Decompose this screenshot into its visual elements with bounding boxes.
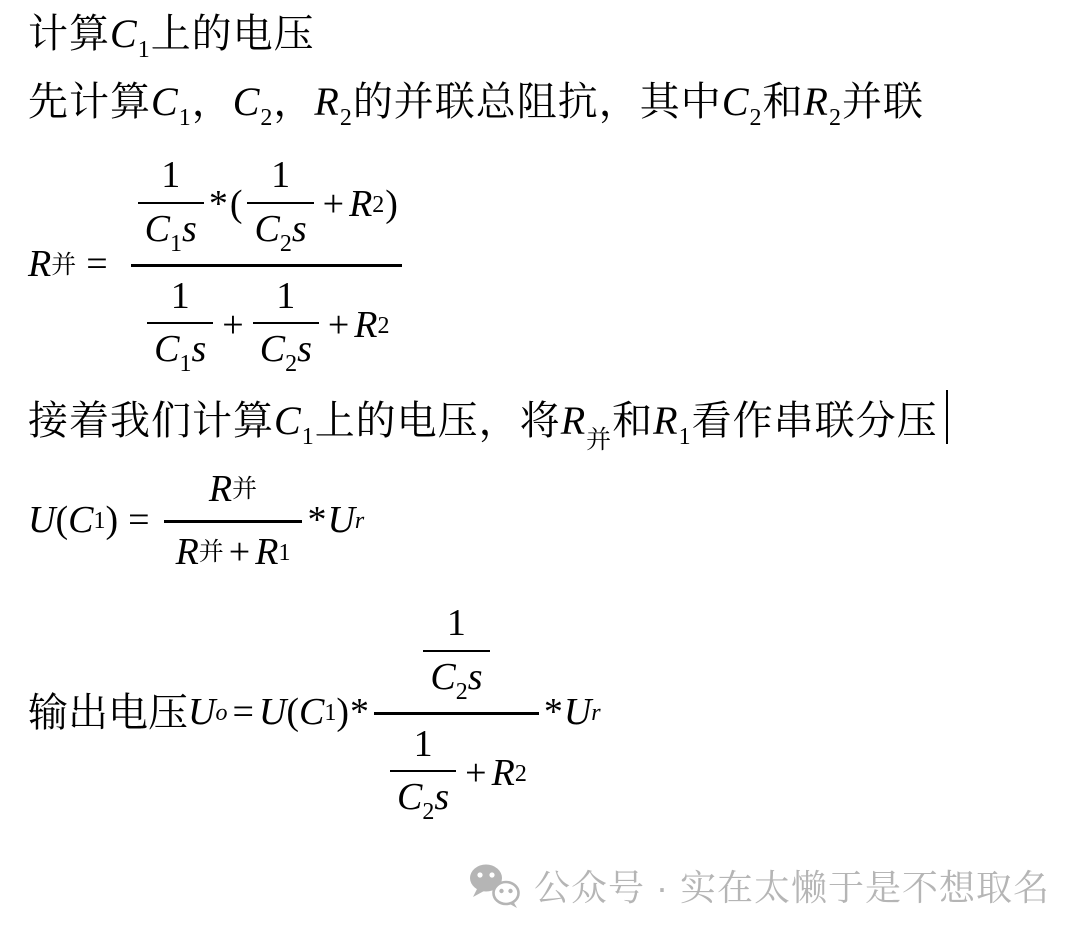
paragraph-line1: 计算C1上的电压: [28, 10, 315, 62]
multiply-sign: *: [209, 183, 228, 227]
var-R: R: [28, 243, 51, 287]
var-Uo: Uo: [188, 691, 227, 735]
subscript-parallel: 并: [51, 253, 76, 278]
fraction-numerator: 1: [440, 602, 473, 650]
multiply-sign: *: [544, 691, 563, 735]
text-run: 接着我们计算: [28, 398, 274, 443]
formula-r-parallel: R并 = 1 C1s * ( 1 C2s + R2 ): [28, 152, 415, 378]
var-U: U: [188, 691, 215, 735]
main-denominator: 1 C1s + 1 C2s + R2: [131, 264, 401, 379]
denominator-row: R并+R1: [176, 531, 291, 575]
subscript-2: 2: [456, 679, 468, 705]
subscript-1: 1: [170, 231, 182, 257]
text-run: 和: [763, 79, 804, 124]
text-run: 看作串联分压: [692, 398, 938, 443]
plus-sign: +: [465, 752, 486, 796]
fraction-numerator: 1: [264, 154, 297, 202]
fraction-denominator: C2s: [423, 650, 489, 704]
subscript-1: 1: [179, 105, 192, 131]
subscript-2: 2: [378, 314, 390, 338]
main-numerator: 1 C1s * ( 1 C2s + R2 ): [122, 152, 411, 264]
equals-sign: =: [128, 499, 149, 543]
right-paren: ): [105, 499, 118, 543]
fraction-denominator: C1s: [138, 202, 204, 256]
var-C: C: [154, 328, 179, 370]
var-C: C: [397, 776, 422, 818]
fraction-1-over-C1s: 1 C1s: [147, 275, 213, 377]
number-one: 1: [171, 275, 190, 317]
subscript-2: 2: [422, 799, 434, 825]
fraction-numerator: 1: [154, 154, 187, 202]
lhs-r-parallel: R并: [28, 243, 76, 287]
subscript-1: 1: [278, 541, 290, 565]
equals-sign: =: [232, 691, 253, 735]
var-R: R: [314, 79, 339, 124]
formula-output-voltage: 输出电压 Uo = U(C1) * 1 C2s 1 C2s + R2: [28, 600, 601, 826]
var-C: C: [260, 328, 285, 370]
formula-uc1: U(C1) = R并 R并+R1 * Ur: [28, 466, 364, 576]
fraction-denominator: 1 C2s + R2: [374, 712, 539, 827]
number-one: 1: [447, 602, 466, 644]
var-C: C: [233, 79, 261, 124]
fraction-denominator: C2s: [253, 322, 319, 376]
subscript-r: r: [355, 509, 364, 533]
wechat-icon: [468, 863, 522, 909]
punctuation: ，: [192, 79, 233, 124]
multiply-sign: *: [307, 499, 326, 543]
denominator-row: 1 C2s + R2: [386, 723, 527, 825]
text-run: 的并联总阻抗，其中: [353, 79, 722, 124]
fraction-denominator: C2s: [390, 770, 456, 824]
paragraph-line2: 先计算C1，C2，R2的并联总阻抗，其中C2和R2并联: [28, 78, 924, 130]
var-s: s: [182, 208, 197, 250]
plus-sign: +: [222, 304, 243, 348]
text-run: 计算: [28, 11, 110, 56]
term-U-C1: U(C1): [259, 691, 349, 735]
var-C: C: [110, 11, 138, 56]
fraction-1-over-C1s: 1 C1s: [138, 154, 204, 256]
var-C: C: [722, 79, 750, 124]
fraction-denominator: R并+R1: [164, 520, 303, 577]
watermark: 公众号 · 实在太懒于是不想取名: [468, 860, 1050, 911]
var-U: U: [259, 691, 286, 735]
plus-sign: +: [328, 304, 349, 348]
var-U: U: [28, 499, 55, 543]
punctuation: ，: [273, 79, 314, 124]
subscript-parallel: 并: [586, 427, 612, 454]
fraction-1-over-C2s: 1 C2s: [247, 154, 313, 256]
text-run: 上的电压，将: [315, 398, 561, 443]
subscript-2: 2: [260, 105, 273, 131]
subscript-1: 1: [324, 701, 336, 725]
fraction-numerator: 1: [269, 275, 302, 323]
text-run: 先计算: [28, 79, 151, 124]
plus-sign: +: [323, 183, 344, 227]
var-U: U: [327, 499, 354, 543]
subscript-2: 2: [285, 351, 297, 377]
var-R2: R2: [492, 752, 527, 796]
right-paren: ): [385, 183, 398, 227]
var-C: C: [151, 79, 179, 124]
numerator-row: 1 C1s * ( 1 C2s + R2 ): [134, 154, 399, 256]
var-C: C: [145, 208, 170, 250]
number-one: 1: [161, 154, 180, 196]
divider-fraction: 1 C2s 1 C2s + R2: [374, 600, 539, 826]
subscript-1: 1: [679, 424, 692, 450]
subscript-2: 2: [750, 105, 763, 131]
main-fraction: 1 C1s * ( 1 C2s + R2 ) 1: [122, 152, 411, 378]
subscript-parallel: 并: [199, 540, 224, 565]
var-C: C: [430, 656, 455, 698]
denominator-row: 1 C1s + 1 C2s + R2: [143, 275, 389, 377]
var-R: R: [209, 468, 232, 512]
var-s: s: [297, 328, 312, 370]
var-s: s: [468, 656, 483, 698]
subscript-1: 1: [93, 509, 105, 533]
var-R-parallel: R并: [209, 468, 257, 512]
var-R: R: [255, 531, 278, 575]
text-cursor[interactable]: [946, 390, 948, 444]
text-run: 上的电压: [151, 11, 315, 56]
var-C: C: [254, 208, 279, 250]
var-R: R: [492, 752, 515, 796]
subscript-2: 2: [829, 105, 842, 131]
var-R: R: [349, 183, 372, 227]
plus-sign: +: [229, 531, 250, 575]
fraction-numerator: R并: [197, 466, 269, 520]
var-R: R: [653, 398, 678, 443]
var-R2: R2: [354, 304, 389, 348]
text-run: 和: [612, 398, 653, 443]
var-R: R: [804, 79, 829, 124]
subscript-parallel: 并: [232, 477, 257, 502]
var-R: R: [176, 531, 199, 575]
var-s: s: [434, 776, 449, 818]
var-s: s: [292, 208, 307, 250]
var-Ur: Ur: [564, 691, 601, 735]
subscript-2: 2: [372, 193, 384, 217]
left-paren: (: [286, 691, 299, 735]
subscript-r: r: [591, 701, 600, 725]
var-C: C: [274, 398, 302, 443]
fraction-1-over-C2s: 1 C2s: [390, 723, 456, 825]
subscript-1: 1: [138, 37, 151, 63]
var-C: C: [68, 499, 93, 543]
fraction-numerator: 1: [164, 275, 197, 323]
var-C: C: [299, 691, 324, 735]
text-run: 输出电压: [28, 690, 188, 736]
left-paren: (: [230, 183, 243, 227]
subscript-1: 1: [302, 424, 315, 450]
watermark-label: 公众号 · 实在太懒于是不想取名: [534, 860, 1050, 911]
var-R2: R2: [349, 183, 384, 227]
subscript-1: 1: [179, 351, 191, 377]
number-one: 1: [414, 723, 433, 765]
divider-fraction: R并 R并+R1: [164, 466, 303, 576]
var-s: s: [191, 328, 206, 370]
equals-sign: =: [86, 243, 107, 287]
lhs-U-C1: U(C1): [28, 499, 118, 543]
text-run: 并联: [842, 79, 924, 124]
number-one: 1: [276, 275, 295, 317]
subscript-2: 2: [515, 762, 527, 786]
var-R: R: [561, 398, 586, 443]
var-R: R: [354, 304, 377, 348]
fraction-numerator: 1 C2s: [407, 600, 505, 712]
multiply-sign: *: [350, 691, 369, 735]
fraction-numerator: 1: [407, 723, 440, 771]
fraction-denominator: C1s: [147, 322, 213, 376]
document-page: 计算C1上的电压 先计算C1，C2，R2的并联总阻抗，其中C2和R2并联 R并 …: [0, 0, 1080, 928]
number-one: 1: [271, 154, 290, 196]
fraction-denominator: C2s: [247, 202, 313, 256]
fraction-1-over-C2s: 1 C2s: [423, 602, 489, 704]
paragraph-line3: 接着我们计算C1上的电压，将R并和R1看作串联分压: [28, 390, 948, 453]
left-paren: (: [55, 499, 68, 543]
right-paren: ): [336, 691, 349, 735]
subscript-2: 2: [280, 231, 292, 257]
subscript-2: 2: [340, 105, 353, 131]
fraction-1-over-C2s: 1 C2s: [253, 275, 319, 377]
var-Ur: Ur: [327, 499, 364, 543]
var-U: U: [564, 691, 591, 735]
subscript-o: o: [215, 701, 227, 725]
